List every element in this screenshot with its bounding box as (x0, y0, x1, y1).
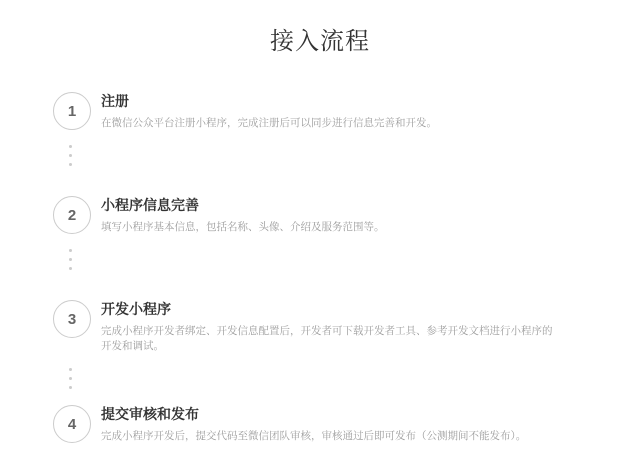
step-body: 提交审核和发布 完成小程序开发后，提交代码至微信团队审核，审核通过后即可发布（公… (101, 405, 526, 444)
step-number-badge: 4 (53, 405, 91, 443)
step-description: 在微信公众平台注册小程序，完成注册后可以同步进行信息完善和开发。 (101, 116, 437, 131)
step-title: 提交审核和发布 (101, 406, 526, 422)
connector-dot-icon (69, 267, 72, 270)
step-number-badge: 1 (53, 92, 91, 130)
step-title: 开发小程序 (101, 301, 556, 317)
connector-dot-icon (69, 377, 72, 380)
step-body: 开发小程序 完成小程序开发者绑定、开发信息配置后，开发者可下载开发者工具、参考开… (101, 300, 556, 354)
connector-dot-icon (69, 368, 72, 371)
step-body: 小程序信息完善 填写小程序基本信息，包括名称、头像、介绍及服务范围等。 (101, 196, 385, 235)
connector-dot-icon (69, 145, 72, 148)
step-description: 完成小程序开发者绑定、开发信息配置后，开发者可下载开发者工具、参考开发文档进行小… (101, 324, 556, 354)
steps-list: 1 注册 在微信公众平台注册小程序，完成注册后可以同步进行信息完善和开发。 2 … (53, 92, 640, 444)
step-develop: 3 开发小程序 完成小程序开发者绑定、开发信息配置后，开发者可下载开发者工具、参… (53, 300, 640, 354)
connector-dot-icon (69, 154, 72, 157)
page-title: 接入流程 (0, 0, 640, 57)
step-body: 注册 在微信公众平台注册小程序，完成注册后可以同步进行信息完善和开发。 (101, 92, 437, 131)
step-connector-dots (53, 131, 640, 196)
step-info-completion: 2 小程序信息完善 填写小程序基本信息，包括名称、头像、介绍及服务范围等。 (53, 196, 640, 235)
step-description: 填写小程序基本信息，包括名称、头像、介绍及服务范围等。 (101, 220, 385, 235)
step-number-badge: 3 (53, 300, 91, 338)
step-title: 小程序信息完善 (101, 197, 385, 213)
step-number-badge: 2 (53, 196, 91, 234)
step-connector-dots (53, 354, 640, 405)
connector-dot-icon (69, 386, 72, 389)
step-submit-review-publish: 4 提交审核和发布 完成小程序开发后，提交代码至微信团队审核，审核通过后即可发布… (53, 405, 640, 444)
connector-dot-icon (69, 249, 72, 252)
step-register: 1 注册 在微信公众平台注册小程序，完成注册后可以同步进行信息完善和开发。 (53, 92, 640, 131)
connector-dot-icon (69, 258, 72, 261)
step-connector-dots (53, 235, 640, 300)
connector-dot-icon (69, 163, 72, 166)
step-description: 完成小程序开发后，提交代码至微信团队审核，审核通过后即可发布（公测期间不能发布）… (101, 429, 526, 444)
step-title: 注册 (101, 93, 437, 109)
